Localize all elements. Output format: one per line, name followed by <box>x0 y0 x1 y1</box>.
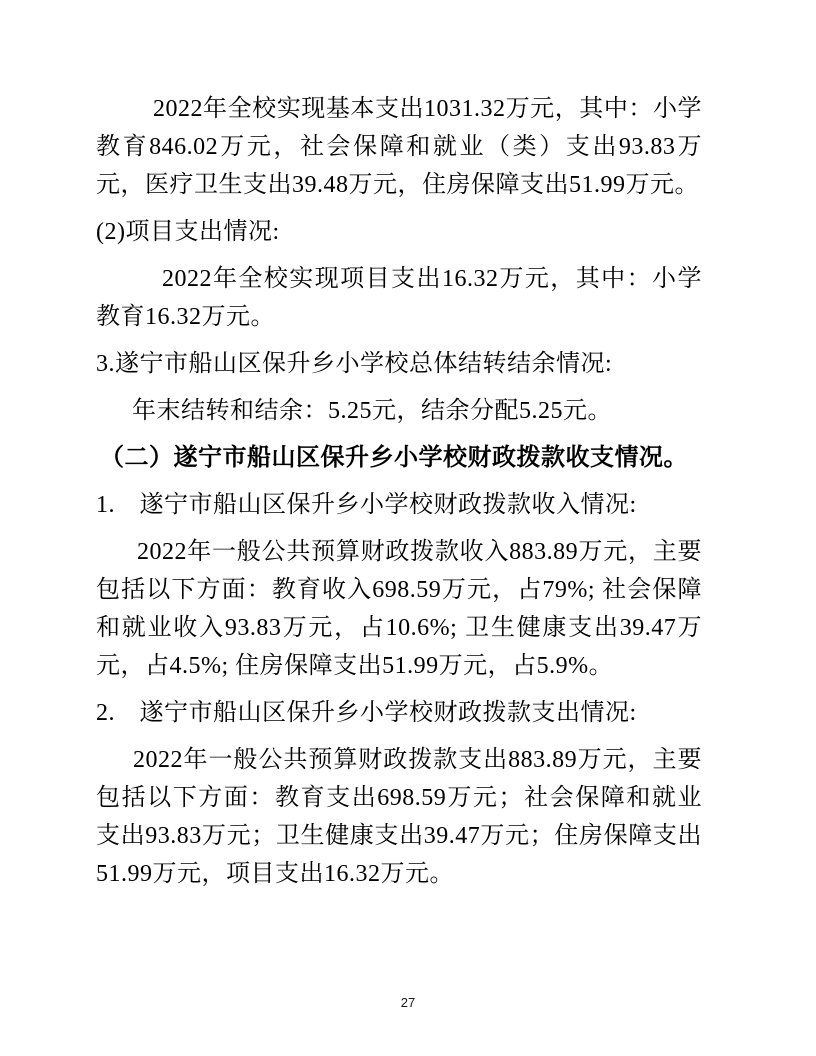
paragraph-income-detail: 2022年一般公共预算财政拨款收入883.89万元，主要包括以下方面：教育收入6… <box>96 533 702 685</box>
paragraph-carryover-heading: 3.遂宁市船山区保升乡小学校总体结转结余情况: <box>96 345 702 383</box>
document-body: 2022年全校实现基本支出1031.32万元，其中：小学教育846.02万元，社… <box>96 90 702 902</box>
paragraph-project-expenditure-label: (2)项目支出情况: <box>96 213 702 251</box>
paragraph-carryover-detail: 年末结转和结余：5.25元，结余分配5.25元。 <box>96 392 702 430</box>
paragraph-income-heading: 1. 遂宁市船山区保升乡小学校财政拨款收入情况: <box>96 486 702 524</box>
paragraph-expenditure-heading: 2. 遂宁市船山区保升乡小学校财政拨款支出情况: <box>96 694 702 732</box>
paragraph-basic-expenditure-detail: 2022年全校实现基本支出1031.32万元，其中：小学教育846.02万元，社… <box>96 90 702 204</box>
document-page: 2022年全校实现基本支出1031.32万元，其中：小学教育846.02万元，社… <box>0 0 816 1056</box>
paragraph-expenditure-detail: 2022年一般公共预算财政拨款支出883.89万元，主要包括以下方面：教育支出6… <box>96 741 702 893</box>
paragraph-project-expenditure-detail: 2022年全校实现项目支出16.32万元，其中：小学教育16.32万元。 <box>96 260 702 336</box>
page-number: 27 <box>0 995 816 1010</box>
section-heading-fiscal-appropriation: （二）遂宁市船山区保升乡小学校财政拨款收支情况。 <box>96 439 702 477</box>
